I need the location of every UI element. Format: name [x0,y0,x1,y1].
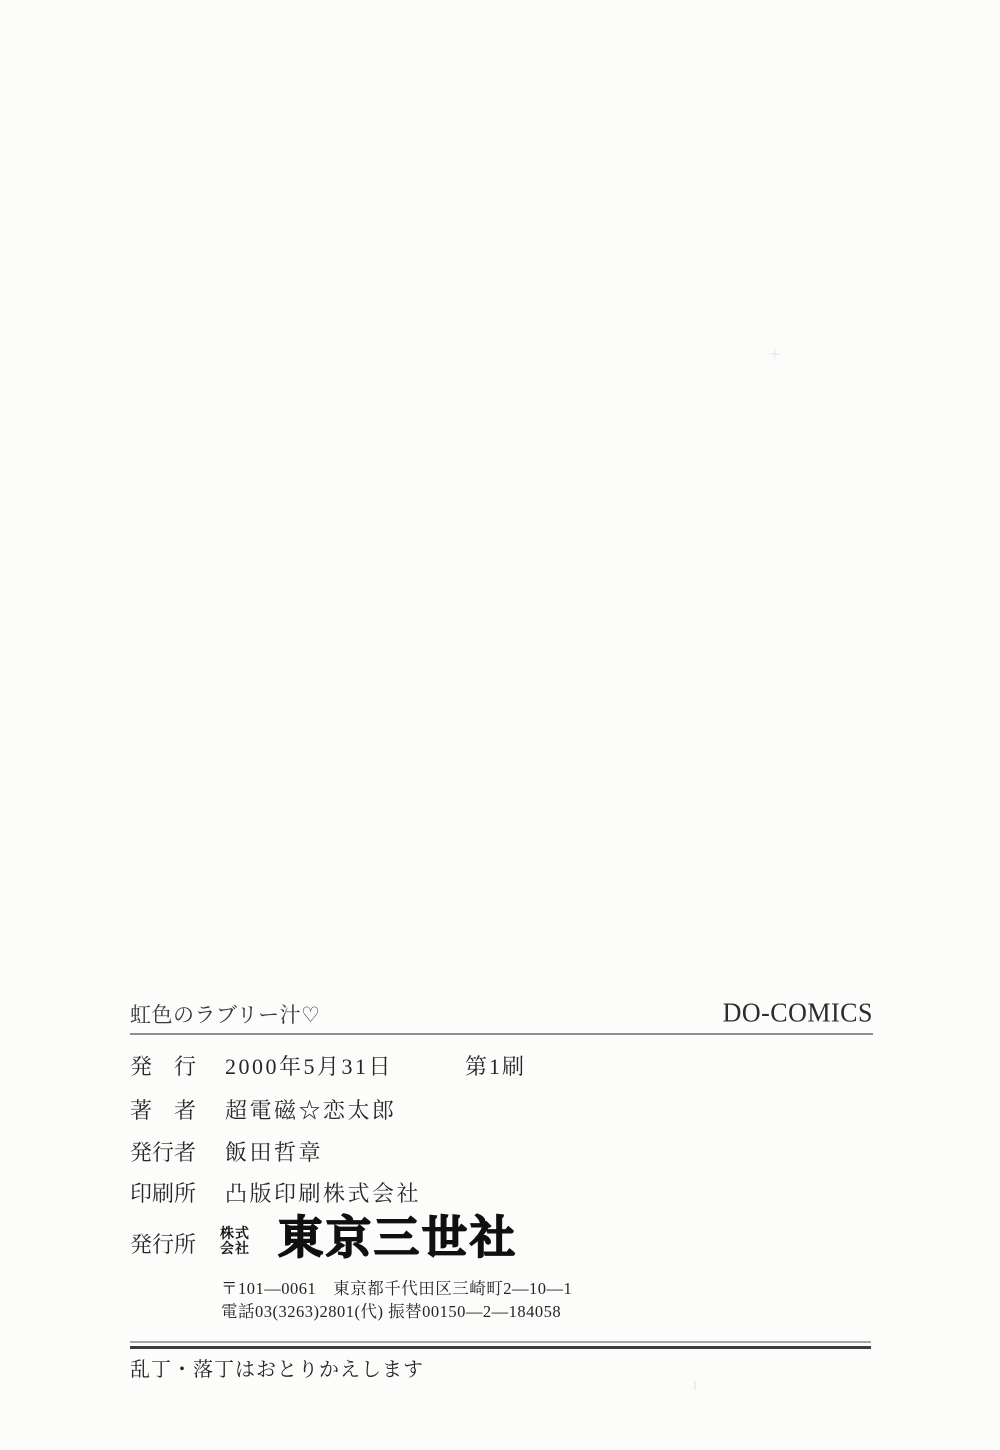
footer-divider-rule-thin [130,1341,871,1343]
author-name: 超電磁☆恋太郎 [225,1094,397,1125]
printing-number: 第1刷 [465,1050,526,1081]
colophon-row-author: 著 者 超電磁☆恋太郎 [130,1094,397,1125]
issuer-name: 飯田哲章 [225,1136,323,1167]
publisher-postal-address: 〒101—0061 東京都千代田区三崎町2—10—1 [221,1275,572,1299]
publication-date: 2000年5月31日 [225,1050,393,1081]
corporation-type-bottom: 会社 [220,1241,250,1256]
row-label: 発行者 [130,1136,225,1167]
colophon-page: + 虹色のラブリー汁♡ DO-COMICS 発 行 2000年5月31日 第1刷… [0,0,1000,1450]
scan-artifact-speck: + [768,344,781,363]
colophon-header: 虹色のラブリー汁♡ DO-COMICS [130,999,873,1029]
corporation-type-top: 株式 [220,1226,250,1241]
printer-name: 凸版印刷株式会社 [225,1177,421,1208]
header-divider-rule [130,1033,873,1035]
colophon-row-printer: 印刷所 凸版印刷株式会社 [130,1177,421,1208]
imprint-label: DO-COMICS [723,998,873,1030]
colophon-row-issuer: 発行者 飯田哲章 [130,1136,323,1167]
scan-artifact-tick [694,1381,696,1390]
corporation-type-stack: 株式 会社 [220,1226,250,1256]
defective-copy-notice: 乱丁・落丁はおとりかえします [130,1353,424,1382]
footer-divider-rule-thick [130,1346,871,1350]
book-title: 虹色のラブリー汁♡ [130,999,321,1029]
publisher-phone-transfer: 電話03(3263)2801(代) 振替00150—2—184058 [221,1298,561,1322]
publisher-row-label: 発行所 [130,1228,196,1259]
row-label: 発 行 [130,1050,225,1081]
row-label: 著 者 [130,1094,225,1125]
colophon-row-publication: 発 行 2000年5月31日 第1刷 [130,1050,393,1081]
row-label: 印刷所 [130,1177,225,1208]
publisher-name-logo: 東京三世社 [278,1215,518,1260]
